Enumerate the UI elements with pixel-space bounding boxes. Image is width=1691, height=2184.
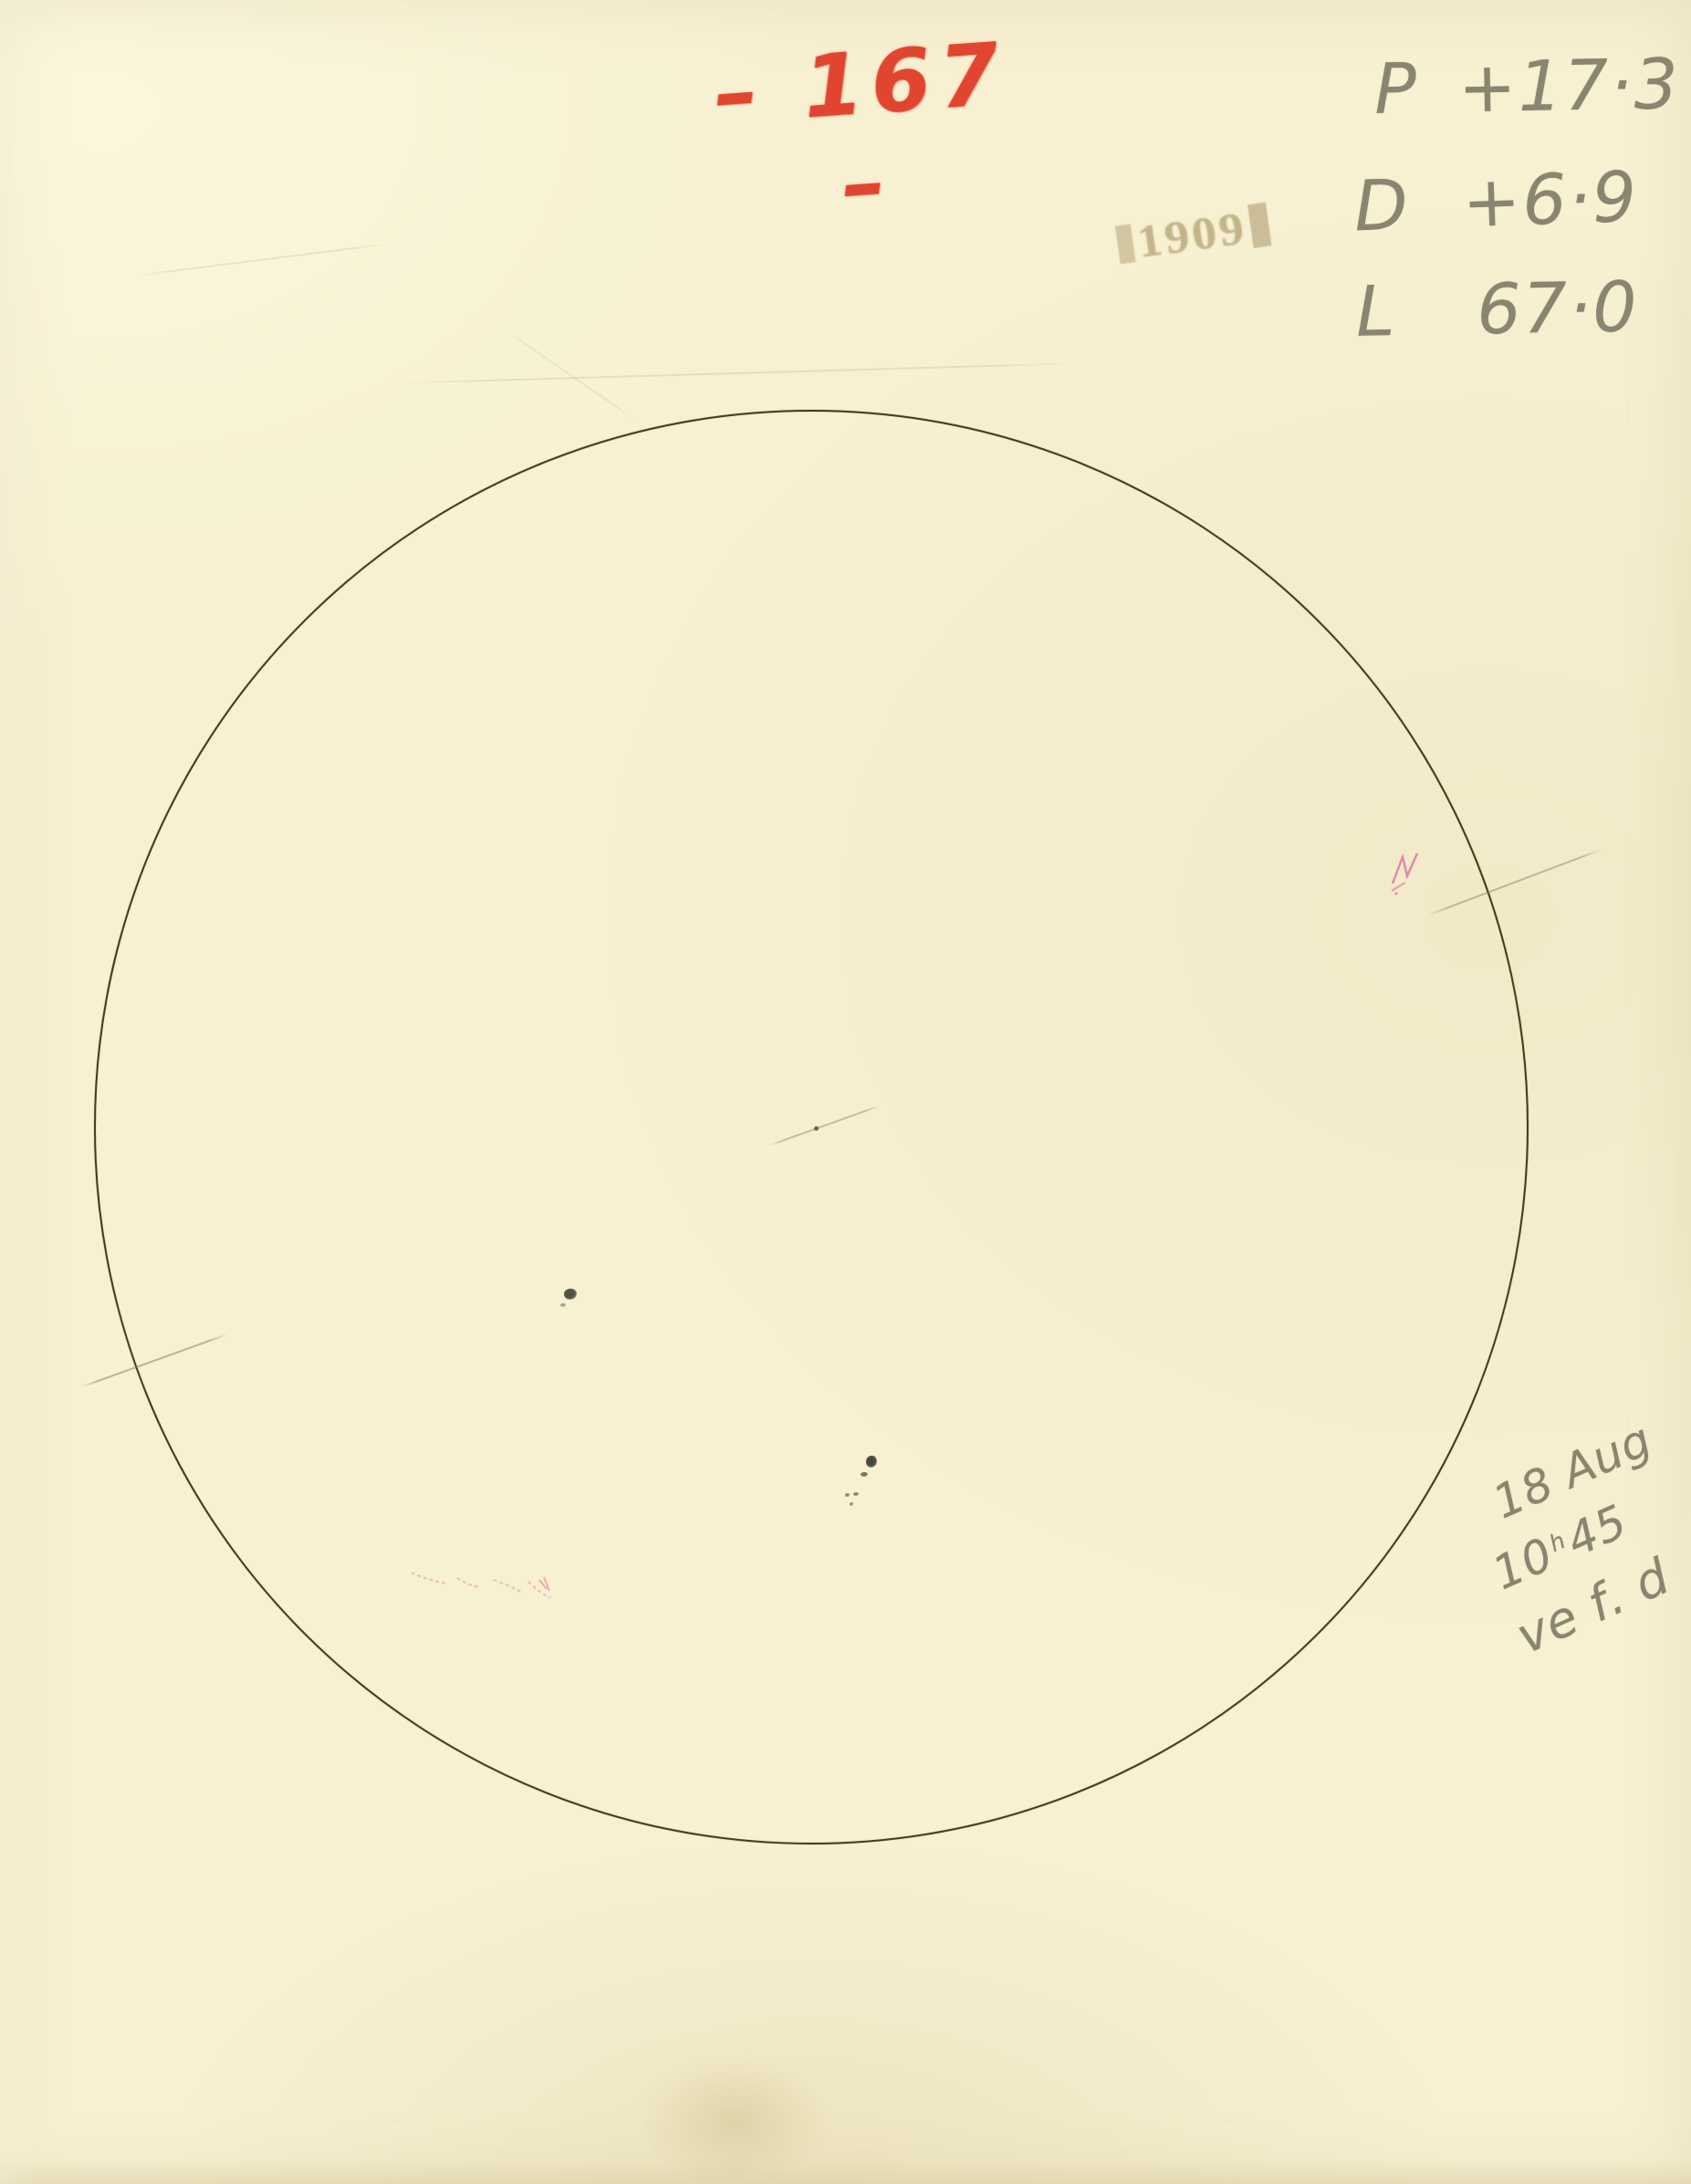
paper-crease-line: [391, 362, 1082, 383]
sunspot-mark: [866, 1456, 877, 1468]
disk-center-dot: [814, 1126, 819, 1131]
paper-crease-line: [506, 330, 634, 419]
sunspot-layer: [0, 0, 1691, 2184]
sunspot-mark: [560, 1303, 566, 1307]
pink-scribble-mark: [1383, 841, 1433, 898]
pink-trace-mark: [406, 1556, 570, 1606]
sunspot-mark: [845, 1493, 850, 1497]
paper-crease-line: [135, 243, 391, 276]
paper-smudge: [639, 2055, 830, 2184]
fiducial-hairline: [80, 1333, 228, 1388]
fiducial-hairline: [769, 1105, 880, 1146]
sunspot-mark: [861, 1472, 868, 1477]
sunspot-mark: [853, 1492, 859, 1496]
sunspot-mark: [564, 1289, 577, 1300]
sunspot-mark: [850, 1502, 853, 1506]
fiducial-hairline: [1427, 849, 1602, 916]
scanned-sheet: { "page": { "number_label": "– 167 –", "…: [0, 0, 1691, 2184]
